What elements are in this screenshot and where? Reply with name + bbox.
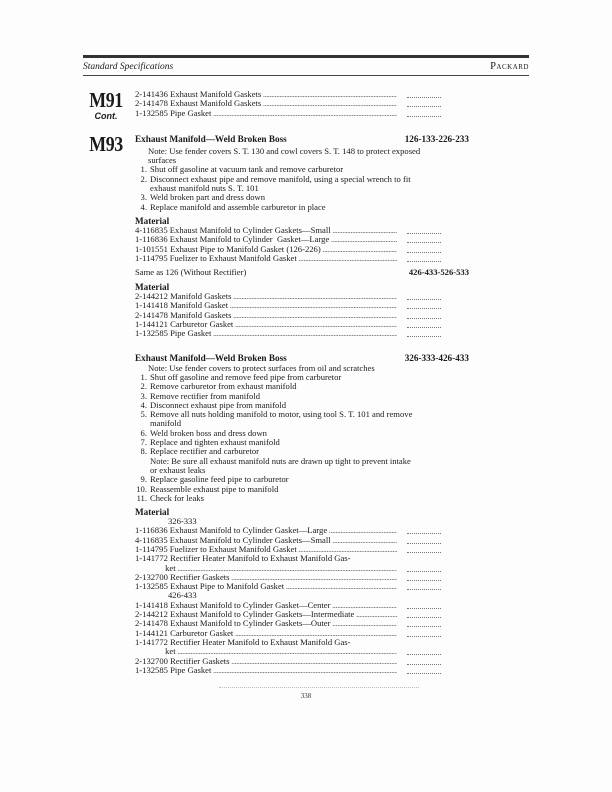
procedure-steps: 1.Shut off gasoline and remove feed pipe… <box>135 373 529 503</box>
quantity-blank <box>407 554 441 561</box>
operation-title: Exhaust Manifold—Weld Broken Boss <box>135 134 287 145</box>
quantity-blank <box>407 99 441 107</box>
quantity-blank <box>407 536 441 544</box>
material-item: 1-114795 Fuelizer to Exhaust Manifold Ga… <box>135 545 529 554</box>
page-number: 338 <box>83 692 529 700</box>
material-item: 1-144121 Carburetor Gasket <box>135 629 529 638</box>
material-item: 2-141478 Manifold Gaskets <box>135 311 529 320</box>
procedure-steps: 1.Shut off gasoline at vacuum tank and r… <box>135 165 529 211</box>
material-item: 1-141418 Exhaust Manifold to Cylinder Ga… <box>135 601 529 610</box>
material-description: 2-141478 Exhaust Manifold Gaskets <box>135 99 397 108</box>
material-description: 1-101551 Exhaust Pipe to Manifold Gasket… <box>135 245 397 254</box>
step-number: 2. <box>135 175 150 184</box>
quantity-blank <box>407 226 441 234</box>
material-item: 1-132585 Pipe Gasket <box>135 666 529 675</box>
operation-heading: Exhaust Manifold—Weld Broken Boss 126-13… <box>135 134 469 145</box>
quantity-blank <box>407 619 441 627</box>
m91-materials: 2-141436 Exhaust Manifold Gaskets2-14147… <box>135 90 529 118</box>
material-description: 1-141418 Exhaust Manifold to Cylinder Ga… <box>135 601 397 610</box>
material-list: 2-144212 Manifold Gaskets1-141418 Manifo… <box>135 292 529 338</box>
quantity-blank <box>407 582 441 590</box>
quantity-blank <box>407 311 441 319</box>
quantity-blank <box>407 301 441 309</box>
quantity-blank <box>407 573 441 581</box>
step-number: 4. <box>135 203 150 212</box>
model-codes: 326-333-426-433 <box>405 353 469 364</box>
quantity-blank <box>407 292 441 300</box>
quantity-blank <box>407 629 441 637</box>
step-number: 5. <box>135 410 150 419</box>
material-item: 1-116836 Exhaust Manifold to Cylinder Ga… <box>135 235 529 244</box>
operation-title: Same as 126 (Without Rectifier) <box>135 267 246 278</box>
material-item: 1-101551 Exhaust Pipe to Manifold Gasket… <box>135 245 529 254</box>
model-codes: 426-433-526-533 <box>409 267 469 278</box>
material-item: 2-141436 Exhaust Manifold Gaskets <box>135 90 529 99</box>
footer-rule <box>219 687 419 688</box>
model-codes: 126-133-226-233 <box>405 134 469 145</box>
material-heading: Material <box>135 216 529 226</box>
material-list: 4-116835 Exhaust Manifold to Cylinder Ga… <box>135 226 529 263</box>
material-description: 2-141478 Manifold Gaskets <box>135 311 397 320</box>
step-text: Check for leaks <box>150 494 465 503</box>
header-brand: Packard <box>490 61 529 72</box>
quantity-blank <box>407 610 441 618</box>
material-item: 1-132585 Pipe Gasket <box>135 109 529 118</box>
section-m91: M91 Cont. 2-141436 Exhaust Manifold Gask… <box>83 90 529 118</box>
material-description: 2-132700 Rectifier Gaskets <box>135 573 397 582</box>
note: Note: Use fender covers S. T. 130 and co… <box>135 147 529 156</box>
material-item: 2-141478 Exhaust Manifold to Cylinder Ga… <box>135 619 529 628</box>
quantity-blank <box>407 320 441 328</box>
material-description: 2-141478 Exhaust Manifold to Cylinder Ga… <box>135 619 397 628</box>
quantity-blank <box>407 254 441 262</box>
running-header: Standard Specifications Packard <box>83 61 529 74</box>
quantity-blank <box>407 666 441 674</box>
procedure-step: 4.Replace manifold and assemble carburet… <box>135 203 529 212</box>
op-code: M93 <box>86 134 125 154</box>
material-item: 2-132700 Rectifier Gaskets <box>135 657 529 666</box>
material-list: 1-116836 Exhaust Manifold to Cylinder Ga… <box>135 526 529 591</box>
quantity-blank <box>407 235 441 243</box>
m93-label: M93 <box>83 134 129 154</box>
quantity-blank <box>407 647 441 655</box>
material-description: 1-141772 Rectifier Heater Manifold to Ex… <box>135 554 397 563</box>
material-item: 1-141418 Manifold Gasket <box>135 301 529 310</box>
quantity-blank <box>407 657 441 665</box>
header-title: Standard Specifications <box>83 62 173 72</box>
material-description: 1-144121 Carburetor Gasket <box>135 320 397 329</box>
header-rule-bottom <box>83 75 529 76</box>
material-item: 1-116836 Exhaust Manifold to Cylinder Ga… <box>135 526 529 535</box>
op-code: M91 <box>86 90 125 110</box>
material-description: 1-132585 Pipe Gasket <box>135 329 397 338</box>
material-description: 4-116835 Exhaust Manifold to Cylinder Ga… <box>135 226 397 235</box>
quantity-blank <box>407 245 441 253</box>
material-item: ket <box>135 564 529 573</box>
model-group-label: 326-333 <box>135 517 529 526</box>
material-item: 1-132585 Pipe Gasket <box>135 329 529 338</box>
material-description: 1-144121 Carburetor Gasket <box>135 629 397 638</box>
material-item: 2-144212 Exhaust Manifold to Cylinder Ga… <box>135 610 529 619</box>
step-text: Remove all nuts holding manifold to moto… <box>150 410 465 419</box>
material-description: 1-114795 Fuelizer to Exhaust Manifold Ga… <box>135 254 397 263</box>
material-item: ket <box>135 647 529 656</box>
material-item: 1-141772 Rectifier Heater Manifold to Ex… <box>135 638 529 647</box>
material-description: 1-141772 Rectifier Heater Manifold to Ex… <box>135 638 397 647</box>
operation-title: Exhaust Manifold—Weld Broken Boss <box>135 353 287 364</box>
quantity-blank <box>407 545 441 553</box>
header-rule-top <box>83 55 529 58</box>
material-description: 1-132585 Pipe Gasket <box>135 666 397 675</box>
material-item: 2-144212 Manifold Gaskets <box>135 292 529 301</box>
material-heading: Material <box>135 282 529 292</box>
step-text: Replace manifold and assemble carburetor… <box>150 203 465 212</box>
material-description: 2-144212 Manifold Gaskets <box>135 292 397 301</box>
step-number <box>135 457 150 466</box>
material-description: ket <box>135 564 397 573</box>
material-list: 1-141418 Exhaust Manifold to Cylinder Ga… <box>135 601 529 675</box>
material-description: 1-114795 Fuelizer to Exhaust Manifold Ga… <box>135 545 397 554</box>
material-item: 2-141478 Exhaust Manifold Gaskets <box>135 99 529 108</box>
document-page: Standard Specifications Packard M91 Cont… <box>83 55 529 675</box>
material-description: 1-116836 Exhaust Manifold to Cylinder Ga… <box>135 526 397 535</box>
step-number: 11. <box>135 494 150 503</box>
material-item: 4-116835 Exhaust Manifold to Cylinder Ga… <box>135 226 529 235</box>
section-m93: M93 Exhaust Manifold—Weld Broken Boss 12… <box>83 134 529 675</box>
operation-heading: Exhaust Manifold—Weld Broken Boss 326-33… <box>135 353 469 364</box>
procedure-step: 5.Remove all nuts holding manifold to mo… <box>135 410 529 419</box>
material-description: 1-132585 Pipe Gasket <box>135 109 397 118</box>
material-item: 1-141772 Rectifier Heater Manifold to Ex… <box>135 554 529 563</box>
material-description: 2-144212 Exhaust Manifold to Cylinder Ga… <box>135 610 397 619</box>
quantity-blank <box>407 329 441 337</box>
step-number: 8. <box>135 447 150 456</box>
quantity-blank <box>407 90 441 98</box>
procedure-step: 11.Check for leaks <box>135 494 529 503</box>
material-item: 4-116835 Exhaust Manifold to Cylinder Ga… <box>135 536 529 545</box>
continued-label: Cont. <box>83 111 129 121</box>
quantity-blank <box>407 109 441 117</box>
m91-label: M91 Cont. <box>83 90 129 121</box>
material-description: 1-141418 Manifold Gasket <box>135 301 397 310</box>
quantity-blank <box>407 638 441 645</box>
material-item: 1-144121 Carburetor Gasket <box>135 320 529 329</box>
material-description: 4-116835 Exhaust Manifold to Cylinder Ga… <box>135 536 397 545</box>
material-description: 2-132700 Rectifier Gaskets <box>135 657 397 666</box>
quantity-blank <box>407 601 441 609</box>
model-group-label: 426-433 <box>135 591 529 600</box>
operation-heading: Same as 126 (Without Rectifier) 426-433-… <box>135 267 469 278</box>
material-description: 2-141436 Exhaust Manifold Gaskets <box>135 90 397 99</box>
material-item: 1-114795 Fuelizer to Exhaust Manifold Ga… <box>135 254 529 263</box>
quantity-blank <box>407 526 441 534</box>
material-item: 2-132700 Rectifier Gaskets <box>135 573 529 582</box>
material-description: 1-116836 Exhaust Manifold to Cylinder Ga… <box>135 235 397 244</box>
quantity-blank <box>407 564 441 572</box>
material-description: ket <box>135 647 397 656</box>
